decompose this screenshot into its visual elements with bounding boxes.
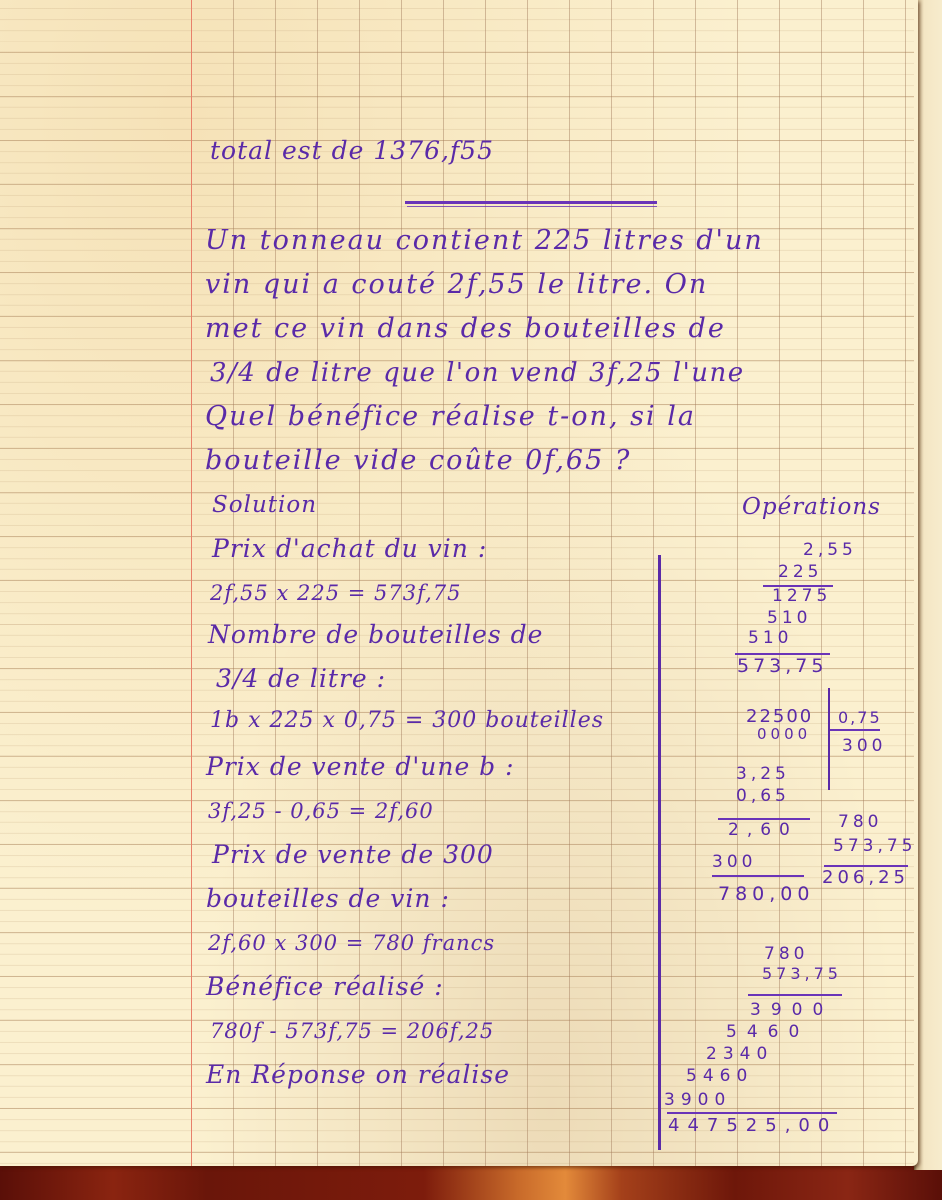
solution-line: Bénéfice réalisé : [206, 972, 444, 1002]
minuend: 780 [838, 812, 882, 832]
operations-heading: Opérations [742, 492, 881, 522]
operand: 2,55 [803, 540, 857, 560]
operand: 573,75 [762, 964, 842, 984]
solution-heading: Solution [212, 490, 317, 520]
table-backdrop [0, 1160, 942, 1200]
solution-line: Prix de vente de 300 [212, 840, 494, 870]
solution-line: 2f,60 x 300 = 780 francs [208, 928, 495, 958]
difference: 2,60 [728, 820, 798, 840]
solution-line: Nombre de bouteilles de [208, 620, 543, 650]
red-margin-line [191, 0, 192, 1166]
solution-line: Prix d'achat du vin : [212, 534, 487, 564]
operand: 780 [764, 944, 808, 964]
solution-line: 3/4 de litre : [216, 664, 386, 694]
divisor-bar [830, 729, 880, 731]
result-bar [667, 1112, 837, 1114]
solution-line: 2f,55 x 225 = 573f,75 [210, 578, 462, 608]
remainder: 0000 [757, 724, 811, 744]
problem-line: Quel bénéfice réalise t-on, si la [205, 402, 696, 432]
solution-line: 780f - 573f,75 = 206f,25 [210, 1016, 494, 1046]
partial-product: 1275 [772, 586, 831, 606]
product-result: 780,00 [718, 884, 814, 904]
partial-product: 2340 [706, 1044, 773, 1064]
quotient: 300 [842, 736, 886, 756]
product-result: 573,75 [737, 656, 827, 676]
partial-product: 5460 [686, 1066, 753, 1086]
divisor: 0,75 [838, 708, 882, 728]
operand: 225 [778, 562, 822, 582]
operations-divider [658, 555, 661, 1150]
facing-page-edge [914, 0, 942, 1170]
problem-line: met ce vin dans des bouteilles de [205, 314, 726, 344]
subtrahend: 573,75 [833, 836, 916, 856]
notebook-page: total est de 1376,f55 Un tonneau contien… [0, 0, 918, 1166]
result-bar [712, 875, 804, 877]
division-bar [828, 688, 830, 790]
solution-line: bouteilles de vin : [206, 884, 450, 914]
partial-product: 3900 [664, 1090, 731, 1110]
partial-product: 5460 [726, 1022, 809, 1042]
double-underline-top [405, 201, 657, 204]
solution-line: En Réponse on réalise [206, 1060, 510, 1090]
product-result: 447525,00 [668, 1116, 837, 1136]
double-underline-bottom [407, 206, 657, 207]
result-bar [748, 994, 842, 996]
solution-line: 1b x 225 x 0,75 = 300 bouteilles [210, 706, 604, 736]
difference: 206,25 [822, 868, 909, 888]
partial-product: 510 [767, 608, 811, 628]
partial-product: 3900 [750, 1000, 833, 1020]
problem-line: bouteille vide coûte 0f,65 ? [205, 446, 631, 476]
solution-line: 3f,25 - 0,65 = 2f,60 [208, 796, 434, 826]
problem-line: vin qui a couté 2f,55 le litre. On [205, 270, 708, 300]
subtrahend: 0,65 [736, 786, 790, 806]
partial-product: 510 [748, 628, 792, 648]
minuend: 3,25 [736, 764, 790, 784]
carryover-total: total est de 1376,f55 [210, 136, 494, 166]
problem-line: 3/4 de litre que l'on vend 3f,25 l'une [210, 358, 745, 388]
solution-line: Prix de vente d'une b : [206, 752, 515, 782]
multiplier: 300 [712, 852, 756, 872]
problem-line: Un tonneau contient 225 litres d'un [205, 226, 764, 256]
